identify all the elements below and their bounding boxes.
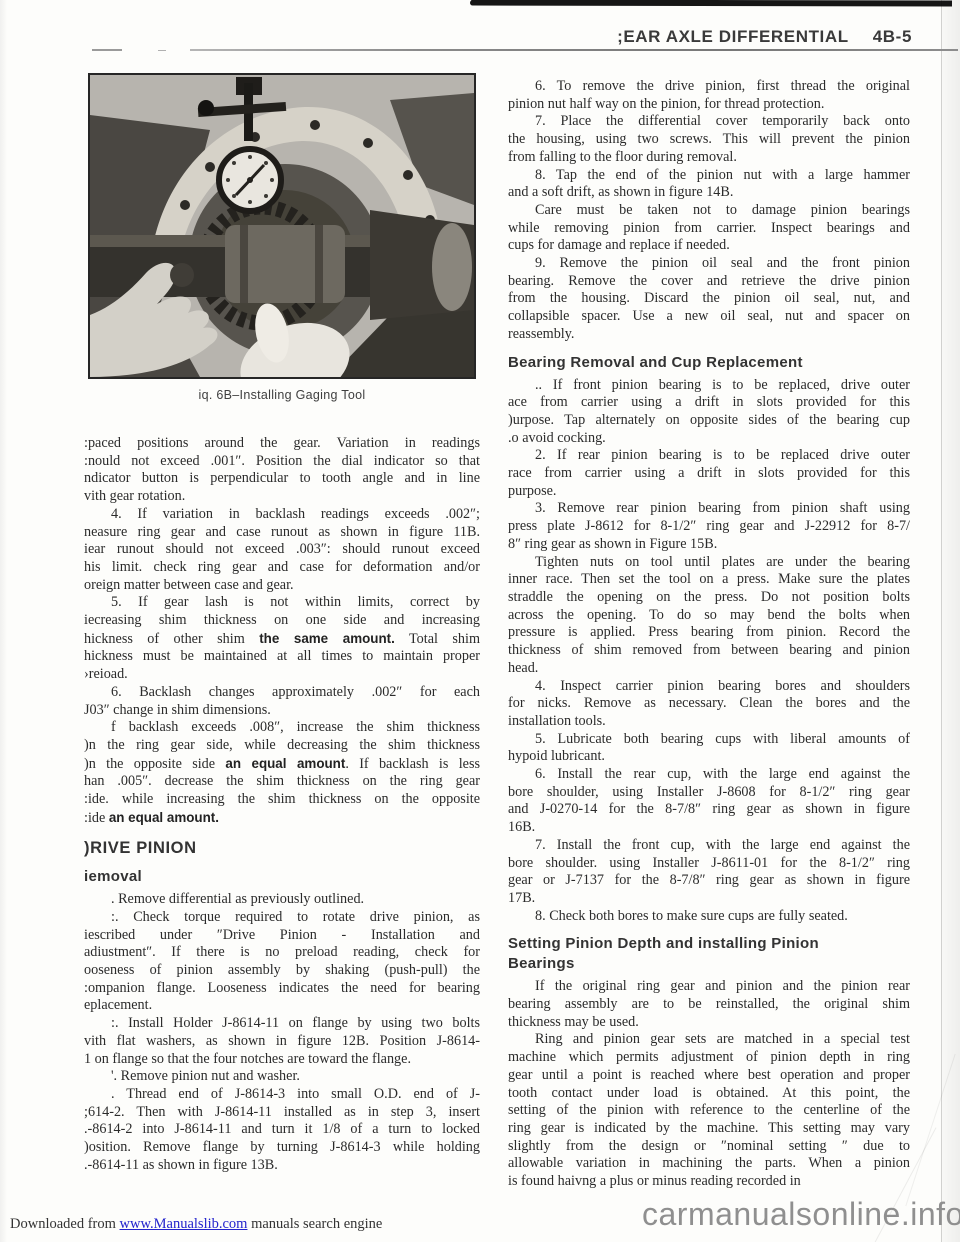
text-line: race from carrier using a drift in slots… [508,465,910,483]
text-line: allowable variation in machining the par… [508,1155,910,1173]
manual-page: ;EAR AXLE DIFFERENTIAL 4B-5 [0,0,960,1242]
text-line: while removing pinion from carrier. Insp… [508,220,910,238]
text-line: 6. To remove the drive pinion, first thr… [508,78,910,96]
text-line: iescribed under ″Drive Pinion - Installa… [84,927,480,945]
text-line: bearing assembly are to be reinstalled, … [508,996,910,1014]
text-line: iecreasing shim thickness on one side an… [84,612,480,630]
text-line: . Thread end of J-8614-3 into small O.D.… [84,1086,480,1104]
text-line: and a soft drift, as shown in figure 14B… [508,184,910,202]
paragraph: 6. Backlash changes approximately .002″ … [84,684,480,719]
text-line: bore shoulder. using Installer J-8611-01… [508,855,910,873]
text-line: :paced positions around the gear. Variat… [84,435,480,453]
text-line: straddle the opening on the press. Do no… [508,589,910,607]
text-line: ace from carrier using a drift in slots … [508,394,910,412]
text-line: ;614-2. Then with J-8614-11 installed as… [84,1104,480,1122]
scan-black-bar [470,0,952,7]
text-line: across the opening. To do so may bend th… [508,607,910,625]
paragraph: 6. Install the rear cup, with the large … [508,766,910,837]
text-line: vith flat washers, as shown in figure 12… [84,1033,480,1051]
dial-indicator [219,149,281,211]
text-line: 7. Place the differential cover temporar… [508,113,910,131]
text-line: hickness of other shim the same amount. … [84,630,480,649]
paragraph: :. Install Holder J-8614-11 on flange by… [84,1015,480,1068]
paragraph: 7. Install the front cup, with the large… [508,837,910,908]
text-line: vith gear rotation. [84,488,480,506]
text-line: for nicks. Remove as necessary. Clean th… [508,695,910,713]
paragraph: Care must be taken not to damage pinion … [508,202,910,255]
text-line: )n the ring gear side, while decreasing … [84,737,480,755]
text-line: bearing. Remove the cover and retrieve t… [508,273,910,291]
text-line: 8. Tap the end of the pinion nut with a … [508,167,910,185]
watermark: carmanualsonline.info [642,1196,960,1233]
footer-prefix: Downloaded from [10,1216,120,1232]
text-line: ooseness of pinion assembly by shaking (… [84,962,480,980]
text-line: :ompanion flange. Looseness indicates th… [84,980,480,998]
paragraph: 7. Place the differential cover temporar… [508,113,910,166]
differential-photo-illustration [90,75,474,377]
section-heading: Bearing Removal and Cup Replacement [508,353,910,373]
text-line: Care must be taken not to damage pinion … [508,202,910,220]
paragraph: 9. Remove the pinion oil seal and the fr… [508,255,910,344]
text-line: gear until a point is reached where best… [508,1067,910,1085]
header-page-number: 4B-5 [873,27,912,47]
paragraph: 8. Tap the end of the pinion nut with a … [508,167,910,202]
text-line: f backlash exceeds .008″, increase the s… [84,719,480,737]
text-line: press plate J-8612 for 8-1/2″ ring gear … [508,518,910,536]
text-line: . Remove differential as previously outl… [84,891,480,909]
text-line: Ring and pinion gear sets are matched in… [508,1031,910,1049]
header-rule-segment [92,49,122,51]
paragraph: Tighten nuts on tool until plates are un… [508,554,910,678]
page-left-edge-shadow [0,0,7,1242]
text-line: 6. Backlash changes approximately .002″ … [84,684,480,702]
text-line: 16B. [508,819,910,837]
footer-suffix: manuals search engine [247,1216,382,1232]
text-line: gear or J-7137 for the 8-7/8″ ring gear … [508,872,910,890]
paragraph: 8. Check both bores to make sure cups ar… [508,908,910,926]
text-line: 5. Lubricate both bearing cups with libe… [508,731,910,749]
text-line: his limit. check ring gear and case for … [84,559,480,577]
page-right-edge-shadow [941,0,960,1242]
header-rule [190,49,958,51]
section-heading: Setting Pinion Depth and installing Pini… [508,934,910,974]
text-line: ›reioad. [84,666,480,684]
left-column: :paced positions around the gear. Variat… [84,435,480,1174]
figure: iq. 6B–Installing Gaging Tool [88,73,476,402]
paragraph: 4. Inspect carrier pinion bearing bores … [508,678,910,731]
text-line: :nould not exceed .001″. Position the di… [84,453,480,471]
text-line: is found haivng a plus or minus reading … [508,1173,910,1191]
text-line: pressure is applied. Press bearing from … [508,624,910,642]
text-line: collapsible spacer. Use a new oil seal, … [508,308,910,326]
paragraph: If the original ring gear and pinion and… [508,978,910,1031]
right-column: 6. To remove the drive pinion, first thr… [508,78,910,1191]
figure-photo [88,73,476,379]
text-line: from the housing. Discard the pinion oil… [508,290,910,308]
paragraph: :paced positions around the gear. Variat… [84,435,480,506]
paragraph: f backlash exceeds .008″, increase the s… [84,719,480,827]
text-line: 2. If rear pinion bearing is to be repla… [508,447,910,465]
text-line: oreign matter between case and gear. [84,577,480,595]
text-line: 9. Remove the pinion oil seal and the fr… [508,255,910,273]
text-line: from falling to the floor during removal… [508,149,910,167]
text-line: eplacement. [84,997,480,1015]
text-line: machine which permits adjustment of pini… [508,1049,910,1067]
text-line: thickness may be used. [508,1014,910,1032]
text-line: .. If front pinion bearing is to be repl… [508,377,910,395]
held-part [170,263,194,287]
text-line: 17B. [508,890,910,908]
text-line: 3. Remove rear pinion bearing from pinio… [508,500,910,518]
section-heading: iemoval [84,867,480,887]
text-line: and J-0270-14 for the 8-7/8″ ring gear a… [508,801,910,819]
text-line: 4. If variation in backlash readings exc… [84,506,480,524]
text-line: .o avoid cocking. [508,430,910,448]
text-line: tooth contact under load is obtained. At… [508,1085,910,1103]
text-line: If the original ring gear and pinion and… [508,978,910,996]
text-line: )urpose. Tap alternately on opposite sid… [508,412,910,430]
figure-caption: iq. 6B–Installing Gaging Tool [88,388,476,402]
text-line: thickness of shim removed from between b… [508,642,910,660]
text-line: neasure ring gear and case runout as sho… [84,524,480,542]
page-header: ;EAR AXLE DIFFERENTIAL 4B-5 [520,27,912,47]
header-title: ;EAR AXLE DIFFERENTIAL [617,27,849,47]
text-line: head. [508,660,910,678]
text-line: 8″ ring gear as shown in Figure 15B. [508,536,910,554]
text-line: 6. Install the rear cup, with the large … [508,766,910,784]
text-line: the housing, using two screws. This will… [508,131,910,149]
text-line: :ide an equal amount. [84,809,480,828]
text-line: '. Remove pinion nut and washer. [84,1068,480,1086]
paragraph: 4. If variation in backlash readings exc… [84,506,480,595]
text-line: installation tools. [508,713,910,731]
text-line: )n the opposite side an equal amount. If… [84,755,480,774]
text-line: reassembly. [508,326,910,344]
text-line: iear runout should not exceed .003″: sho… [84,541,480,559]
header-rule-segment [158,50,166,51]
text-line: 5. If gear lash is not within limits, co… [84,594,480,612]
text-line: adiustment″. If there is no preload read… [84,944,480,962]
text-line: 7. Install the front cup, with the large… [508,837,910,855]
text-line: inner race. Then set the tool on a press… [508,571,910,589]
paragraph: .. If front pinion bearing is to be repl… [508,377,910,448]
text-line: :ide. while increasing the shim thicknes… [84,791,480,809]
paragraph: '. Remove pinion nut and washer. [84,1068,480,1086]
text-line: :. Check torque required to rotate drive… [84,909,480,927]
text-line: 8. Check both bores to make sure cups ar… [508,908,910,926]
text-line: hickness must be maintained at all times… [84,648,480,666]
text-line: :. Install Holder J-8614-11 on flange by… [84,1015,480,1033]
text-line: purpose. [508,483,910,501]
text-line: setting of the pinion with reference to … [508,1102,910,1120]
text-line: pinion nut half way on the pinion, for t… [508,96,910,114]
paragraph: 5. If gear lash is not within limits, co… [84,594,480,684]
text-line: .-8614-2 into J-8614-11 and turn it 1/8 … [84,1121,480,1139]
paragraph: 5. Lubricate both bearing cups with libe… [508,731,910,766]
text-line: J03″ change in shim dimensions. [84,702,480,720]
paragraph: :. Check torque required to rotate drive… [84,909,480,1015]
footer-link[interactable]: www.Manualslib.com [120,1216,248,1232]
text-line: ndicator button is perpendicular to toot… [84,470,480,488]
text-line: han .005″. decrease the shim thickness o… [84,773,480,791]
paragraph: 2. If rear pinion bearing is to be repla… [508,447,910,500]
paragraph: 3. Remove rear pinion bearing from pinio… [508,500,910,553]
text-line: bore shoulder, using Installer J-8608 fo… [508,784,910,802]
text-line: cups for damage and replace if needed. [508,237,910,255]
text-line: slightly from the design or ″nominal set… [508,1138,910,1156]
text-line: 1 on flange so that the four notches are… [84,1051,480,1069]
section-heading: )RIVE PINION [84,840,480,858]
footer: Downloaded from www.Manualslib.com manua… [10,1216,382,1233]
paragraph: . Remove differential as previously outl… [84,891,480,909]
paragraph: 6. To remove the drive pinion, first thr… [508,78,910,113]
text-line: Tighten nuts on tool until plates are un… [508,554,910,572]
text-line: )osition. Remove flange by turning J-861… [84,1139,480,1157]
text-line: 4. Inspect carrier pinion bearing bores … [508,678,910,696]
text-line: hypoid lubricant. [508,748,910,766]
paragraph: . Thread end of J-8614-3 into small O.D.… [84,1086,480,1175]
paragraph: Ring and pinion gear sets are matched in… [508,1031,910,1190]
text-line: ring gear is indicated by the machine. T… [508,1120,910,1138]
text-line: .-8614-11 as shown in figure 13B. [84,1157,480,1175]
